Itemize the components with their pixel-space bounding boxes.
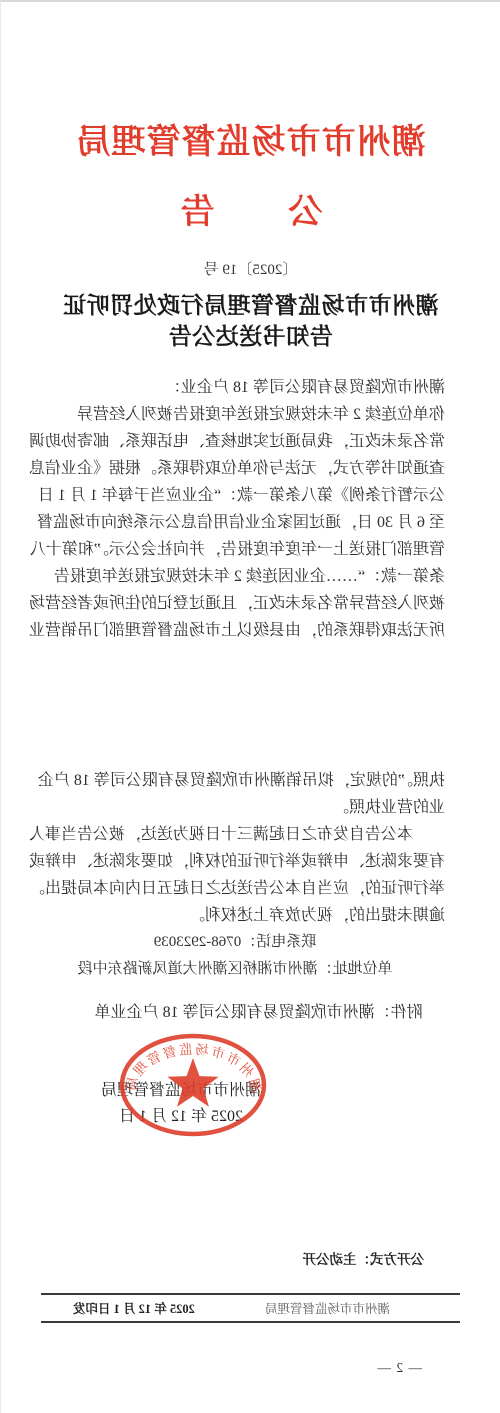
footer-imprint: 潮州市市场监督管理局 2025 年 12 月 1 日印发 (41, 1293, 460, 1323)
doc-type-heading: 公 告 (1, 184, 500, 233)
announcement-title-line1: 潮州市市场监督管理局行政处罚听证 (1, 290, 500, 321)
mirrored-document: 潮州市市场监督管理局 公 告 〔2025〕19 号 潮州市市场监督管理局行政处罚… (1, 2, 500, 1413)
body-line: 常名录未改正，我局通过实地核查、电话联系、邮寄协助调 (53, 428, 445, 455)
contact-phone-line: 联系电话：0768-2923039 (53, 929, 445, 956)
body-line: 有要求陈述、申辩或举行听证的权利，如要求陈述、申辩或 (53, 848, 445, 875)
disclosure-method-line: 公开方式：主动公开 (303, 1248, 425, 1268)
body-line: 查通知书等方式，无法与你单位取得联系。根据《企业信息 (53, 455, 445, 482)
official-seal-stamp: 潮州市市场监督管理局 (118, 1032, 268, 1138)
body-line: 所无法取得联系的，由县级以上市场监督管理部门吊销营业 (53, 617, 445, 644)
body-line: 业的营业执照。 (53, 794, 445, 821)
body-line: 公示暂行条例》第八条第一款：“企业应当于每年 1 月 1 日 (53, 482, 445, 509)
footer-print-date: 2025 年 12 月 1 日印发 (73, 1299, 195, 1317)
body-line: 条第一款：“……企业因连续 2 年未按规定报送年度报告 (53, 563, 445, 590)
body-line: 逾期未提出的，视为放弃上述权利。 (53, 902, 445, 929)
seal-star-icon (167, 1058, 218, 1107)
body-block-1: 潮州市欣隆贸易有限公司等 18 户企业： 你单位连续 2 年未按规定报送年度报告… (53, 374, 445, 644)
announcement-title-line2: 告知书送达公告 (1, 321, 500, 352)
body-line: 你单位连续 2 年未按规定报送年度报告被列入经营异 (53, 401, 445, 428)
body-line: 被列入经营异常名录未改正，且通过登记的住所或者经营场 (53, 590, 445, 617)
document-page: 潮州市市场监督管理局 公 告 〔2025〕19 号 潮州市市场监督管理局行政处罚… (0, 0, 500, 1413)
announcement-title: 潮州市市场监督管理局行政处罚听证 告知书送达公告 (1, 290, 500, 352)
body-line: 管理部门报送上一年度年度报告，并向社会公示。”和第十八 (53, 536, 445, 563)
body-block-2: 执照。”的规定，拟吊销潮州市欣隆贸易有限公司等 18 户企 业的营业执照。 本公… (53, 767, 445, 1026)
doc-number: 〔2025〕19 号 (1, 258, 500, 279)
footer-agency: 潮州市市场监督管理局 (265, 1299, 390, 1317)
contact-address-line: 单位地址：潮州市湘桥区潮州大道凤新路东中段 (53, 956, 445, 983)
attachment-line: 附件：潮州市欣隆贸易有限公司等 18 户企业单 (53, 999, 445, 1026)
body-line: 本公告自发布之日起满三十日视为送达，被公告当事人 (53, 821, 445, 848)
issuing-agency-header: 潮州市市场监督管理局 (1, 114, 500, 163)
body-line: 潮州市欣隆贸易有限公司等 18 户企业： (53, 374, 445, 401)
body-line: 至 6 月 30 日，通过国家企业信用信息公示系统向市场监督 (53, 509, 445, 536)
page-number: — 2 — (377, 1360, 423, 1376)
body-line: 执照。”的规定，拟吊销潮州市欣隆贸易有限公司等 18 户企 (53, 767, 445, 794)
body-line: 举行听证的，应当自本公告送达之日起五日内向本局提出。 (53, 875, 445, 902)
